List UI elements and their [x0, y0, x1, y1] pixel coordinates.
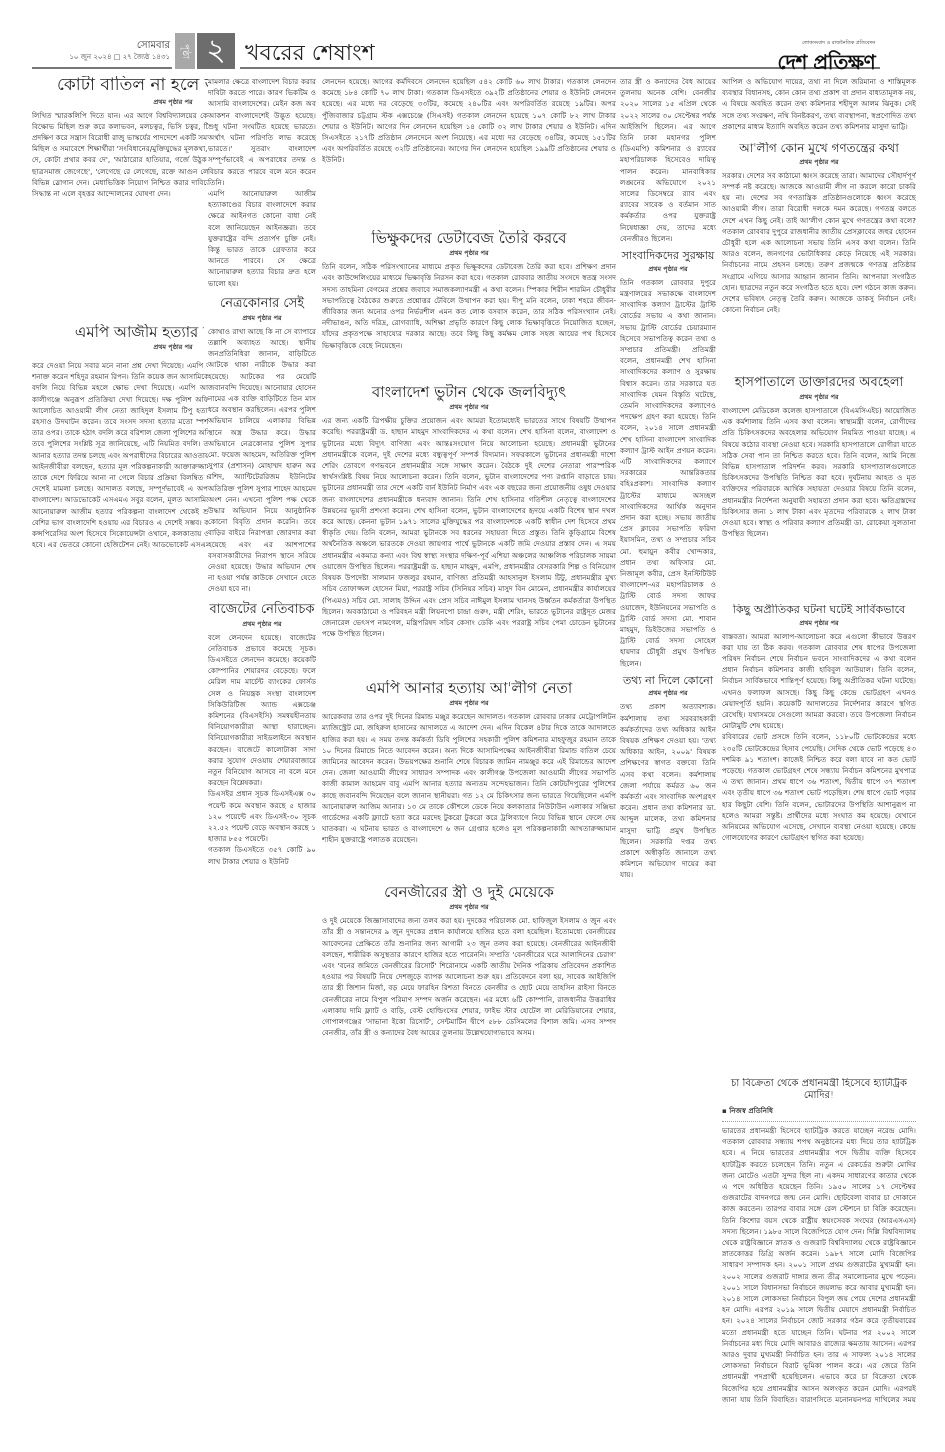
headline[interactable]: বেনজীরের স্ত্রী ও দুই মেয়েকে — [322, 884, 616, 901]
article-bhutan[interactable]: বাংলাদেশ ভুটান থেকে জলবিদ্যুৎ প্রথম পৃষ্… — [322, 384, 616, 674]
page-label: পৃষ্ঠা — [175, 33, 195, 69]
paragraph: আরেকবার তার ওপর দুই দিনের রিমান্ড মঞ্জুর… — [322, 711, 616, 845]
continued-label: প্রথম পৃষ্ঠার পর — [322, 902, 616, 913]
paragraph: বলে লেনদেন হয়েছে। বাজেটের নেতিবাচক প্রভ… — [208, 632, 316, 789]
article-incidents[interactable]: কিছু অপ্রীতিকর ঘটনা ঘটেই সার্বিকভাবে প্র… — [722, 604, 916, 1074]
date-label: ১০ জুন ২০২৪ □ ২৭ জ্যৈষ্ঠ ১৪৩১ — [60, 52, 170, 62]
article-journalists[interactable]: সাংবাদিকদের সুরক্ষায় প্রথম পৃষ্ঠার পর ত… — [620, 250, 716, 669]
headline[interactable]: কিছু অপ্রীতিকর ঘটনা ঘটেই সার্বিকভাবে — [722, 604, 916, 617]
continued-label: প্রথম পৃষ্ঠার পর — [208, 619, 316, 630]
continued-label: প্রথম পৃষ্ঠার পর — [620, 688, 716, 699]
continued-label: প্রথম পৃষ্ঠার পর — [32, 342, 204, 353]
headline[interactable]: এমপি আনার হত্যায় আ'লীগ নেতা — [322, 680, 616, 697]
continued-label: প্রথম পৃষ্ঠার পর — [722, 157, 916, 168]
column-2: মামলার ক্ষেত্রে বাংলাদেশ বিচার করার দাবি… — [208, 76, 316, 1396]
masthead-rule-left — [32, 67, 172, 69]
masthead: সোমবার ১০ জুন ২০২৪ □ ২৭ জ্যৈষ্ঠ ১৪৩১ পৃষ… — [0, 0, 945, 72]
paragraph: তার স্ত্রী ও কন্যাদের বৈধ আয়ের তুলনায় … — [620, 76, 716, 244]
headline[interactable]: আ'লীগ কোন মুখে গণতন্ত্রের কথা — [722, 142, 916, 156]
day-label: সোমবার — [60, 40, 170, 52]
column-4: তার স্ত্রী ও কন্যাদের বৈধ আয়ের তুলনায় … — [620, 76, 716, 1404]
byline: ▪ নিজস্ব প্রতিনিধি — [722, 1105, 916, 1122]
paragraph: মামলার ক্ষেত্রে বাংলাদেশ বিচার করার দাবি… — [208, 76, 316, 188]
headline[interactable]: হাসপাতালে ডাক্তারদের অবহেলা — [722, 376, 916, 391]
headline[interactable]: বাংলাদেশ ভুটান থেকে জলবিদ্যুৎ — [322, 384, 616, 401]
headline[interactable]: সাংবাদিকদের সুরক্ষায় — [620, 250, 716, 263]
paragraph: ভারতের প্রধানমন্ত্রী হিসেবে হ্যাটট্রিক ক… — [722, 1125, 916, 1404]
continued-label: প্রথম পৃষ্ঠার পর — [722, 392, 916, 403]
headline[interactable]: এমপি আজীম হত্যার বিচার কোন — [32, 324, 204, 341]
paragraph: গতকাল ডিএসইতে ৩৫৭ কোটি ৯০ লাখ টাকার শেয়… — [208, 844, 316, 866]
paragraph: এমপি আনোয়ারুল আজীম হত্যাকাণ্ডের বিচার ব… — [208, 188, 316, 289]
article-modi[interactable]: চা বিক্রেতা থেকে প্রধানমন্ত্রী হিসেবে হ্… — [722, 1078, 916, 1404]
article-netrokona[interactable]: নেত্রকোনার সেই প্রথম পৃষ্ঠার পর কোথাও রা… — [208, 297, 316, 595]
continued-label: প্রথম পৃষ্ঠার পর — [208, 313, 316, 324]
headline[interactable]: বাজেটের নেতিবাচক — [208, 603, 316, 618]
paragraph: আপিল ও অভিযোগ দায়ের, তথ্য না দিলে জরিমা… — [722, 76, 916, 132]
paragraph: ডিএসইর প্রধান সূচক ডিএসইএক্স ৩০ পয়েন্ট … — [208, 788, 316, 844]
logo-tagline: লোকসংবাদ ও রাজনৈতিক প্রতিবেদন — [802, 40, 875, 48]
article-awami-democracy[interactable]: আ'লীগ কোন মুখে গণতন্ত্রের কথা প্রথম পৃষ্… — [722, 142, 916, 372]
paragraph: সরকার। দেশের সব কাঠামো ধ্বংস করেছে তারা।… — [722, 170, 916, 316]
paragraph: কোথাও রাখা আছে কি না সে ব্যাপারে তল্লাশি… — [208, 326, 316, 595]
date-block: সোমবার ১০ জুন ২০২৪ □ ২৭ জ্যৈষ্ঠ ১৪৩১ — [60, 40, 170, 62]
paragraph: রবিবারের ভোট প্রসঙ্গে তিনি বলেন, ১১৮০টি … — [722, 731, 916, 843]
newspaper-logo[interactable]: লোকসংবাদ ও রাজনৈতিক প্রতিবেদন দেশ প্রতিক… — [772, 40, 875, 81]
continued-label: প্রথম পৃষ্ঠার পর — [620, 264, 716, 275]
page-number: ২ — [197, 33, 235, 69]
headline[interactable]: ভিক্ষুকদের ডেটাবেজ তৈরি করবে — [322, 230, 616, 247]
headline[interactable]: চা বিক্রেতা থেকে প্রধানমন্ত্রী হিসেবে হ্… — [722, 1078, 916, 1101]
paragraph: এর জন্য একটি ত্রিপক্ষীয় চুক্তির প্রয়োজ… — [322, 415, 616, 639]
headline[interactable]: নেত্রকোনার সেই — [208, 297, 316, 312]
article-info[interactable]: তথ্য না দিলে কোনো প্রথম পৃষ্ঠার পর তথ্য … — [620, 675, 716, 881]
article-hospital[interactable]: হাসপাতালে ডাক্তারদের অবহেলা প্রথম পৃষ্ঠা… — [722, 376, 916, 601]
logo-name: দেশ প্রতিক্ষণ — [777, 50, 875, 74]
paragraph: তিনি বলেন, সঠিক পরিসংখ্যানের মাধ্যমে প্র… — [322, 261, 616, 351]
paragraph: লেনদেন হয়েছে। আগের কর্মদিবসে লেনদেন হয়… — [322, 76, 616, 166]
paragraph: তথ্য প্রকাশ অত্যাবশ্যক। কর্মশালায় তথ্য … — [620, 701, 716, 880]
continued-label: প্রথম পৃষ্ঠার পর — [322, 248, 616, 259]
continued-label: প্রথম পৃষ্ঠার পর — [722, 618, 916, 629]
article-benazir[interactable]: বেনজীরের স্ত্রী ও দুই মেয়েকে প্রথম পৃষ্… — [322, 884, 616, 1404]
paragraph: বাস্তবতা। আমরা আলাপ-আলোচনা করে এগুলো কীভ… — [722, 631, 916, 732]
paragraph: বাংলাদেশ মেডিকেল কলেজ হাসপাতালে (বিএমসিএ… — [722, 405, 916, 539]
headline[interactable]: তথ্য না দিলে কোনো — [620, 675, 716, 688]
article-anar-leader[interactable]: এমপি আনার হত্যায় আ'লীগ নেতা প্রথম পৃষ্ঠ… — [322, 680, 616, 880]
paragraph: তিনি গতকাল রোববার দুপুরে মন্ত্রণালয়ের স… — [620, 277, 716, 669]
article-dse: লেনদেন হয়েছে। আগের কর্মদিবসে লেনদেন হয়… — [322, 76, 616, 226]
paragraph: ও দুই মেয়েকে জিজ্ঞাসাবাদের জন্য তলব করা… — [322, 915, 616, 1038]
continued-label: প্রথম পৃষ্ঠার পর — [322, 698, 616, 709]
article-beggars[interactable]: ভিক্ষুকদের ডেটাবেজ তৈরি করবে প্রথম পৃষ্ঠ… — [322, 230, 616, 380]
byline-text: নিজস্ব প্রতিনিধি — [729, 1107, 773, 1115]
article-budget[interactable]: বাজেটের নেতিবাচক প্রথম পৃষ্ঠার পর বলে লে… — [208, 603, 316, 867]
article-info-cont: আপিল ও অভিযোগ দায়ের, তথ্য না দিলে জরিমা… — [722, 76, 916, 140]
continued-label: প্রথম পৃষ্ঠার পর — [322, 402, 616, 413]
